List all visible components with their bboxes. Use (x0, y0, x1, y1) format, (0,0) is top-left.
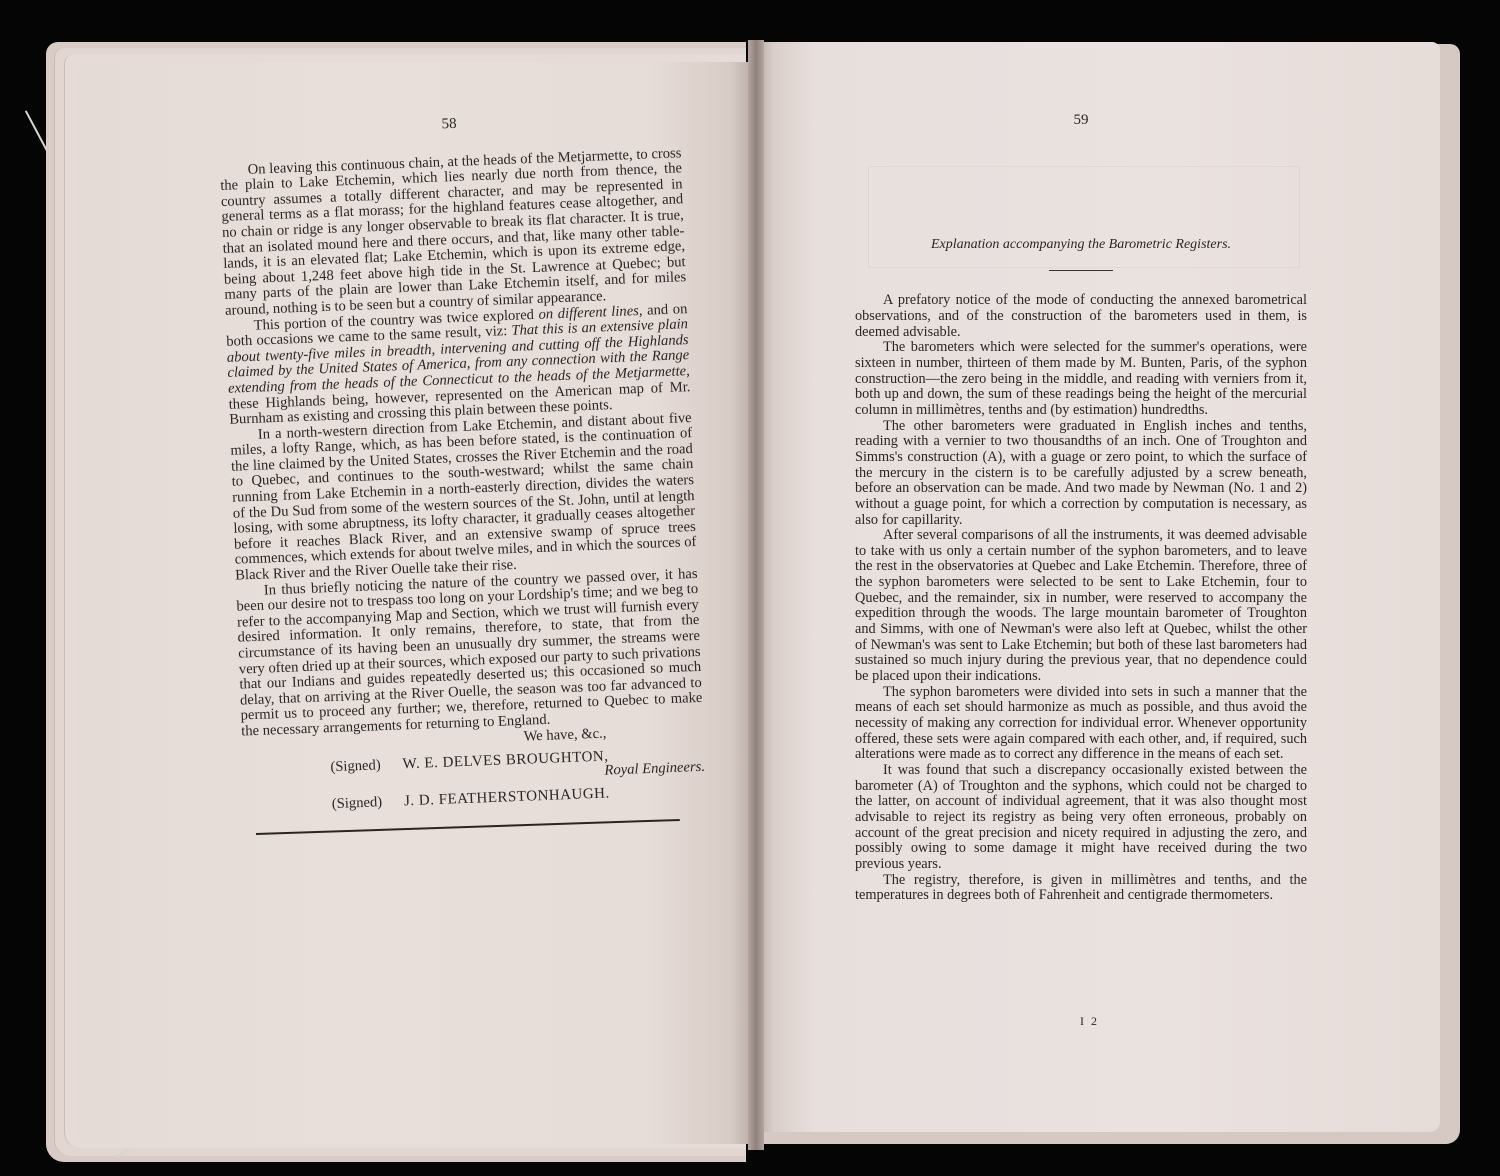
paragraph: In thus briefly noticing the nature of t… (236, 567, 704, 741)
paragraph: It was found that such a discrepancy occ… (855, 763, 1307, 873)
paragraph: After several comparisons of all the ins… (855, 528, 1307, 685)
book-gutter (748, 40, 764, 1150)
paragraph: On leaving this continuous chain, at the… (219, 146, 687, 320)
paragraph: The barometers which were selected for t… (855, 340, 1307, 418)
paragraph: The syphon barometers were divided into … (855, 685, 1307, 763)
paragraph: In a north-western direction from Lake E… (230, 411, 698, 585)
paragraph: The registry, therefore, is given in mil… (855, 873, 1307, 904)
right-page-text: 59 Explanation accompanying the Barometr… (855, 113, 1307, 904)
signature-mark: I 2 (1080, 1014, 1099, 1029)
title-rule (1049, 270, 1113, 271)
paragraph: A prefatory notice of the mode of conduc… (855, 293, 1307, 340)
paragraph: This portion of the country was twice ex… (225, 302, 691, 429)
section-title: Explanation accompanying the Barometric … (855, 237, 1307, 253)
left-page-text: 58 On leaving this continuous chain, at … (218, 108, 706, 816)
page-number-right: 59 (855, 113, 1307, 129)
paragraph: The other barometers were graduated in E… (855, 419, 1307, 529)
